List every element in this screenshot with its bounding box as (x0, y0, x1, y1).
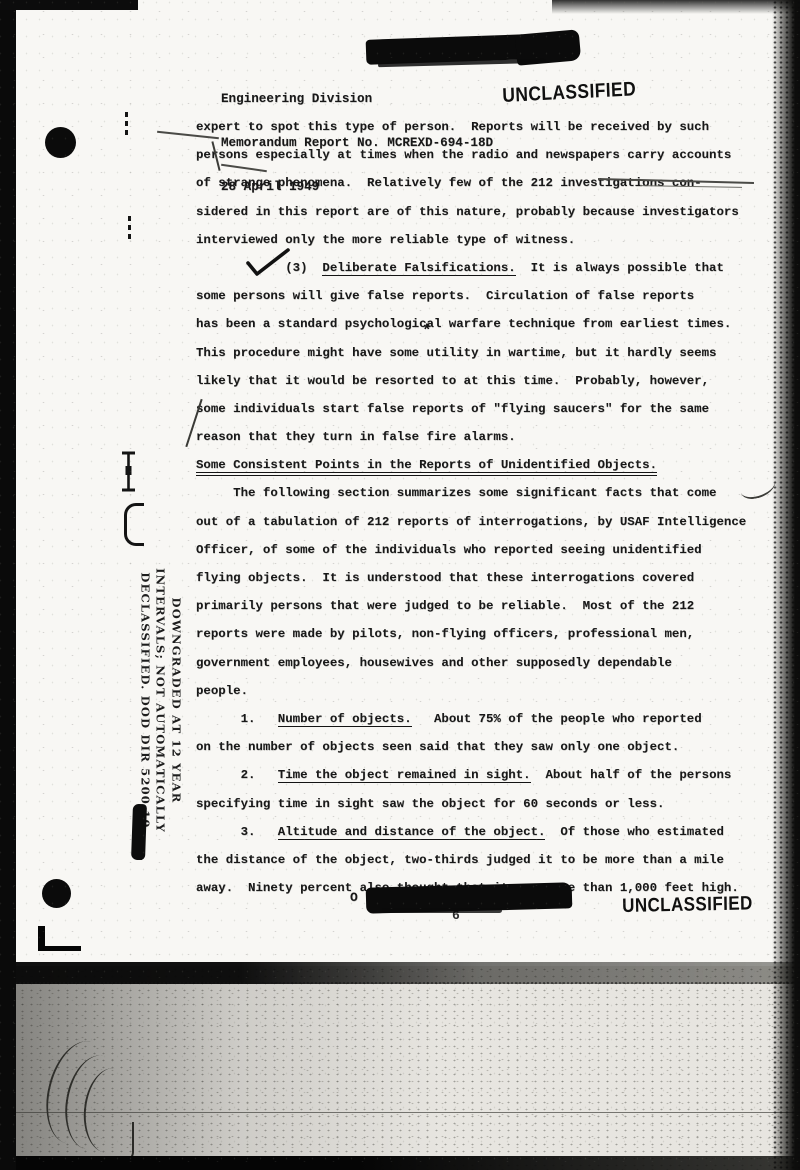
text-segment: primarily persons that were judged to be… (196, 599, 694, 613)
document-line: primarily persons that were judged to be… (196, 592, 796, 620)
document-line: reason that they turn in false fire alar… (196, 423, 796, 451)
text-segment: About 75% of the people who reported (412, 712, 702, 726)
document-line: some persons will give false reports. Ci… (196, 282, 796, 310)
text-segment: reports were made by pilots, non-flying … (196, 627, 694, 641)
text-segment: Number of objects. (278, 712, 412, 727)
text-segment: About half of the persons (531, 768, 732, 782)
margin-tick-mark (125, 112, 128, 138)
text-segment: It is always possible that (516, 261, 724, 275)
hole-punch (42, 879, 71, 908)
text-segment: some individuals start false reports of … (196, 402, 709, 416)
checkmark-annotation (245, 247, 291, 277)
ink-blot (131, 804, 147, 860)
text-segment: 3. (196, 825, 278, 839)
downgrade-stamp: DOWNGRADED AT 12 YEARINTERVALS; NOT AUTO… (137, 568, 184, 834)
text-segment: Of those who estimated (545, 825, 723, 839)
margin-tick-mark (128, 216, 131, 242)
document-line: persons especially at times when the rad… (196, 141, 796, 169)
margin-i-mark (120, 450, 137, 493)
text-segment: 2. (196, 768, 278, 782)
document-line: 1. Number of objects. About 75% of the p… (196, 705, 796, 733)
scan-left-border (0, 0, 16, 1170)
text-segment: Deliberate Falsifications. (322, 261, 515, 276)
document-line: the distance of the object, two-thirds j… (196, 846, 796, 874)
scan-right-border (772, 0, 800, 1170)
text-segment: out of a tabulation of 212 reports of in… (196, 515, 746, 529)
document-line: some individuals start false reports of … (196, 395, 796, 423)
unclassified-stamp-top: UNCLASSIFIED (502, 78, 637, 108)
text-segment: expert to spot this type of person. Repo… (196, 120, 709, 134)
corner-l-mark (38, 926, 81, 951)
text-segment: has been a standard psychological warfar… (196, 317, 731, 331)
text-segment: Officer, of some of the individuals who … (196, 543, 702, 557)
hole-punch (45, 127, 76, 158)
document-line: 2. Time the object remained in sight. Ab… (196, 761, 796, 789)
document-line: government employees, housewives and oth… (196, 649, 796, 677)
text-segment: some persons will give false reports. Ci… (196, 289, 694, 303)
document-line: Officer, of some of the individuals who … (196, 536, 796, 564)
scanned-document-page: Engineering Division Memorandum Report N… (0, 0, 800, 1170)
document-line: has been a standard psychological warfar… (196, 310, 796, 338)
asterisk-mark: * (422, 322, 432, 340)
scan-top-border (0, 0, 138, 10)
document-line: people. (196, 677, 796, 705)
document-line: out of a tabulation of 212 reports of in… (196, 508, 796, 536)
document-line: of strange phenomena. Relatively few of … (196, 169, 796, 197)
text-segment: Some Consistent Points in the Reports of… (196, 458, 657, 476)
scan-top-right-shadow (552, 0, 800, 14)
document-line: sidered in this report are of this natur… (196, 198, 796, 226)
document-line: 3. Altitude and distance of the object. … (196, 818, 796, 846)
document-line: likely that it would be resorted to at t… (196, 367, 796, 395)
text-segment: 1. (196, 712, 278, 726)
text-segment: The following section summarizes some si… (196, 486, 717, 500)
document-body: expert to spot this type of person. Repo… (196, 113, 796, 902)
text-segment: This procedure might have some utility i… (196, 346, 717, 360)
scan-bottom-border (0, 1156, 800, 1170)
text-segment: persons especially at times when the rad… (196, 148, 731, 162)
document-line: expert to spot this type of person. Repo… (196, 113, 796, 141)
document-line: flying objects. It is understood that th… (196, 564, 796, 592)
document-line: reports were made by pilots, non-flying … (196, 620, 796, 648)
text-segment: flying objects. It is understood that th… (196, 571, 694, 585)
text-segment: the distance of the object, two-thirds j… (196, 853, 724, 867)
document-line: on the number of objects seen said that … (196, 733, 796, 761)
text-segment: interviewed only the more reliable type … (196, 233, 575, 247)
downgrade-stamp-line: DECLASSIFIED. DOD DIR 5200.10 (137, 568, 153, 834)
text-segment: sidered in this report are of this natur… (196, 205, 739, 219)
text-segment: reason that they turn in false fire alar… (196, 430, 516, 444)
page-bottom-edge (0, 962, 800, 984)
text-segment: on the number of objects seen said that … (196, 740, 679, 754)
text-segment: likely that it would be resorted to at t… (196, 374, 709, 388)
text-segment: people. (196, 684, 248, 698)
header-line: Engineering Division (221, 92, 493, 107)
text-segment: specifying time in sight saw the object … (196, 797, 664, 811)
downgrade-stamp-line: DOWNGRADED AT 12 YEAR (168, 568, 184, 834)
document-line: specifying time in sight saw the object … (196, 790, 796, 818)
document-line: The following section summarizes some si… (196, 479, 796, 507)
downgrade-stamp-line: INTERVALS; NOT AUTOMATICALLY (153, 568, 169, 834)
text-segment: government employees, housewives and oth… (196, 656, 672, 670)
document-line: Some Consistent Points in the Reports of… (196, 451, 796, 479)
document-line: This procedure might have some utility i… (196, 339, 796, 367)
redaction-bar-bottom-smear (382, 908, 502, 913)
text-segment: Altitude and distance of the object. (278, 825, 546, 840)
margin-paren-mark (124, 503, 144, 546)
text-segment: Time the object remained in sight. (278, 768, 531, 783)
